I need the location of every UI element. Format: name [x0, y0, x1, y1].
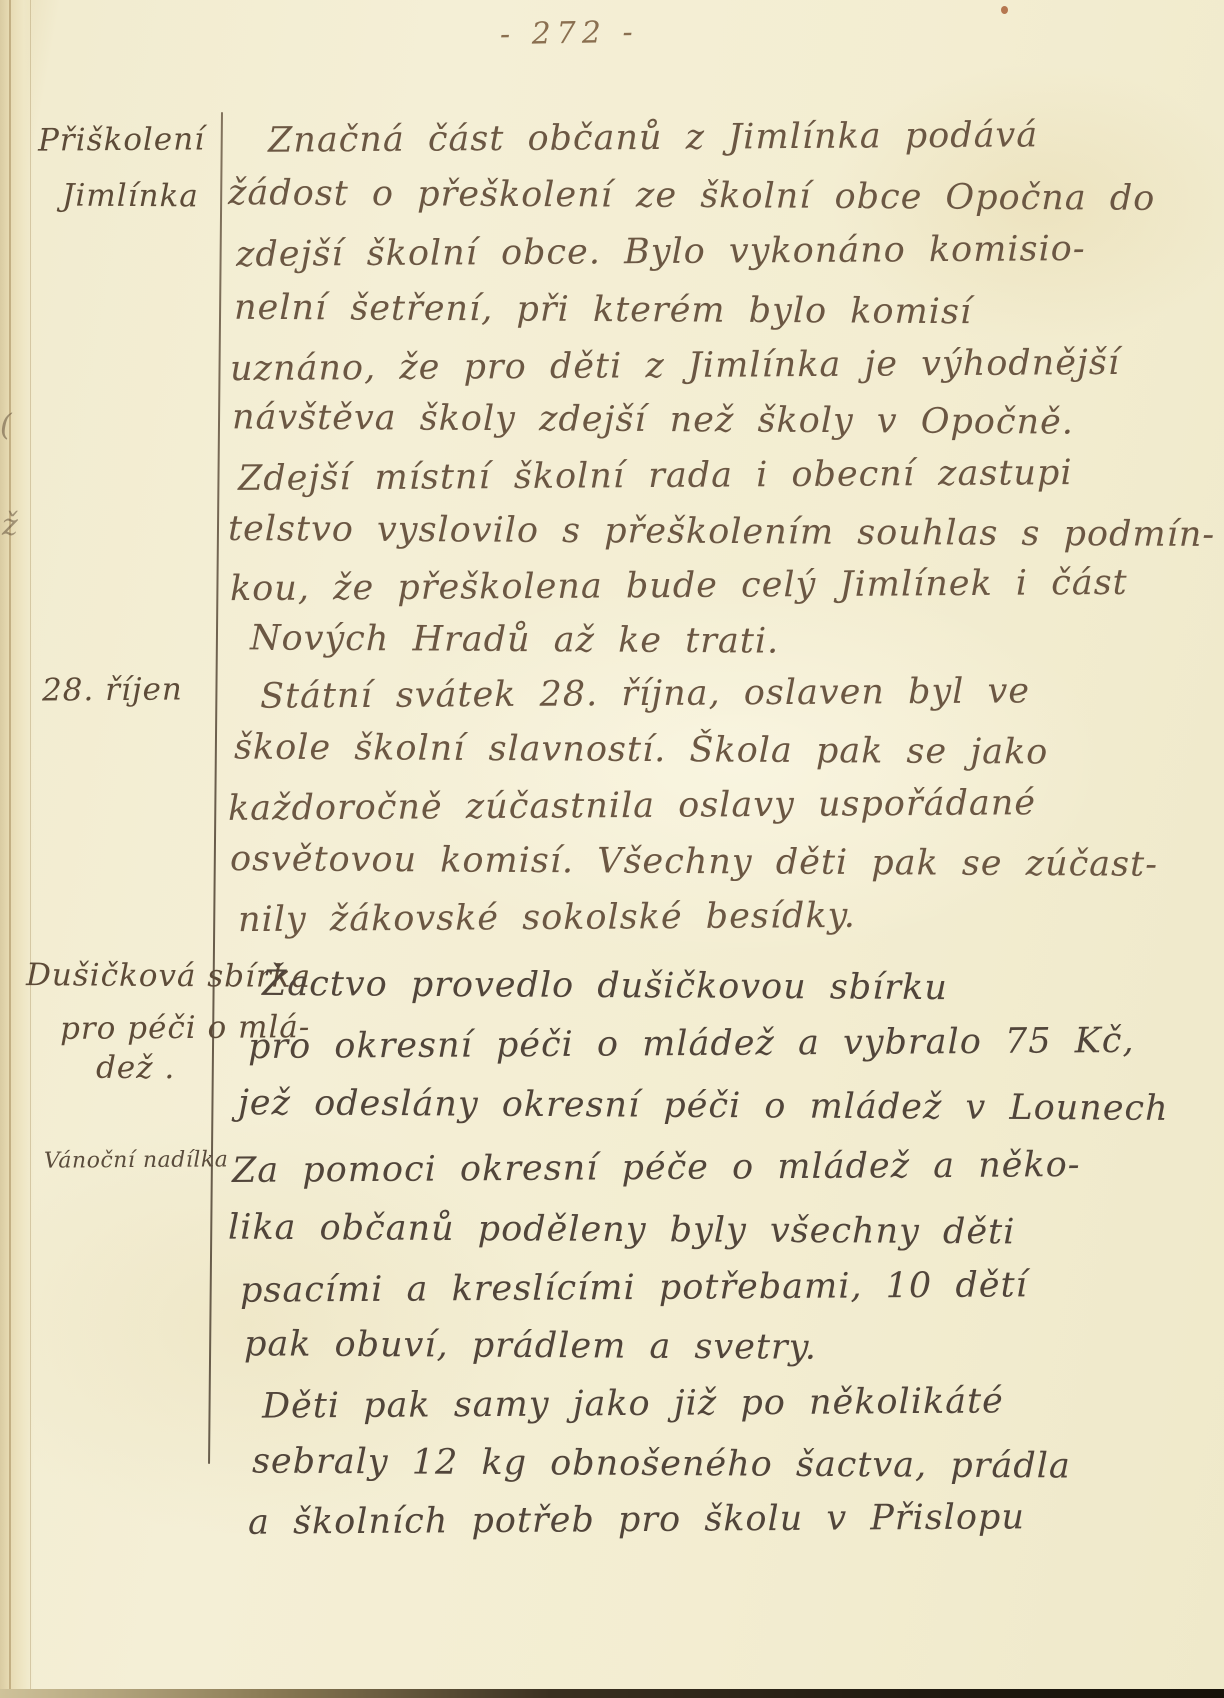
handwritten-line: kou, že přeškolena bude celý Jimlínek i … — [230, 563, 1128, 609]
margin-rule — [208, 112, 223, 1464]
margin-note-priskoleni: Jimlínka — [62, 178, 199, 215]
handwritten-line: lika občanů poděleny byly všechny děti — [228, 1208, 1016, 1253]
handwritten-line: škole školní slavností. Škola pak se jak… — [234, 728, 1049, 773]
handwritten-line: Státní svátek 28. října, oslaven byl ve — [260, 671, 1030, 716]
page-edge-line — [30, 0, 31, 1698]
handwritten-line: psacími a kreslícími potřebami, 10 dětí — [240, 1265, 1028, 1310]
binding-crease — [9, 0, 11, 1698]
page-number: - 272 - — [500, 15, 639, 52]
photo-bottom-edge — [0, 1689, 1224, 1698]
handwritten-line: Značná část občanů z Jimlínka podává — [268, 115, 1038, 160]
margin-note-28-rijen: 28. říjen — [42, 672, 183, 709]
margin-note-priskoleni: Přiškolení — [38, 121, 205, 158]
margin-note-dusickova-sbirka: dež . — [96, 1050, 175, 1086]
edge-mark: ( — [0, 408, 12, 443]
handwritten-line: pak obuví, prádlem a svetry. — [244, 1324, 817, 1367]
handwritten-line: každoročně zúčastnila oslavy uspořádané — [228, 783, 1036, 829]
handwritten-line: Nových Hradů až ke trati. — [250, 618, 779, 661]
ink-speck — [1001, 6, 1008, 14]
handwritten-line: Zdejší místní školní rada i obecní zastu… — [238, 453, 1073, 499]
binding-edge — [0, 0, 34, 1698]
handwritten-line: nelní šetření, při kterém bylo komisí — [234, 288, 972, 333]
handwritten-line: Děti pak samy jako již po několikáté — [262, 1381, 1004, 1426]
handwritten-line: Za pomoci okresní péče o mládež a něko- — [232, 1145, 1081, 1191]
edge-mark: ž — [2, 508, 18, 543]
margin-note-vanocni-nadilka: Vánoční nadílka — [44, 1147, 228, 1173]
handwritten-line: návštěva školy zdejší než školy v Opočně… — [232, 397, 1074, 442]
handwritten-line: uznáno, že pro děti z Jimlínka je výhodn… — [230, 343, 1120, 389]
handwritten-line: jež odeslány okresní péči o mládež v Lou… — [238, 1083, 1169, 1129]
handwritten-line: Žactvo provedlo dušičkovou sbírku — [262, 964, 948, 1008]
handwritten-line: telstvo vyslovilo s přeškolením souhlas … — [228, 509, 1215, 555]
handwritten-line: nily žákovské sokolské besídky. — [238, 896, 856, 940]
chronicle-page: - 272 - ( ž Přiškolení Jimlínka 28. říje… — [0, 0, 1224, 1698]
handwritten-line: sebraly 12 kg obnošeného šactva, prádla — [252, 1441, 1071, 1486]
handwritten-line: pro okresní péči o mládež a vybralo 75 K… — [248, 1021, 1135, 1067]
handwritten-line: a školních potřeb pro školu v Přislopu — [248, 1497, 1025, 1542]
handwritten-line: zdejší školní obce. Bylo vykonáno komisi… — [236, 229, 1086, 275]
handwritten-line: osvětovou komisí. Všechny děti pak se zú… — [230, 839, 1158, 885]
handwritten-line: žádost o přeškolení ze školní obce Opočn… — [228, 173, 1155, 219]
